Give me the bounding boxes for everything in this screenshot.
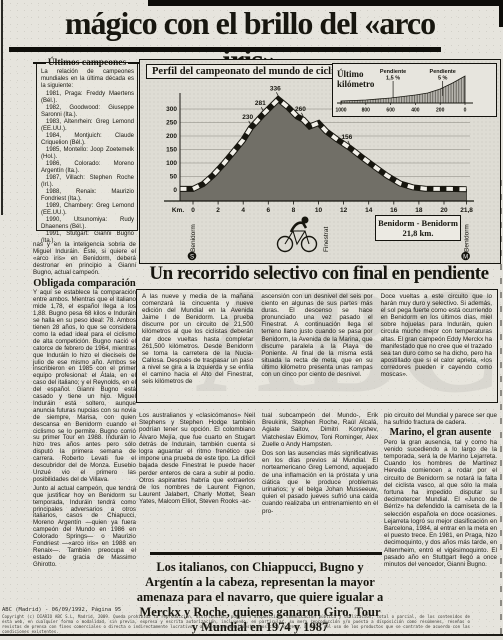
svg-text:400: 400 [411, 108, 420, 114]
newspaper-page: ABC mágico con el brillo del «arco iris»… [0, 0, 503, 640]
svg-text:4: 4 [241, 207, 245, 214]
svg-text:230: 230 [242, 114, 253, 121]
title-rule-left [33, 62, 46, 64]
copyright-notice: Copyright (c) DIARIO ABC S.L, Madrid, 20… [2, 615, 470, 635]
last-km-title: Último kilómetro [337, 69, 395, 89]
left-column: nas y en la inteligencia sobria de Migue… [33, 242, 136, 571]
svg-text:0: 0 [191, 207, 195, 214]
svg-text:20: 20 [440, 207, 448, 214]
champion-entry: 1987, Villach: Stephen Roche (Irl.). [41, 175, 134, 189]
svg-text:200: 200 [436, 108, 445, 114]
svg-text:2: 2 [216, 207, 220, 214]
champion-entry: 1986, Colorado: Moreno Argentín (Ita.). [41, 161, 134, 175]
svg-text:336: 336 [270, 85, 281, 92]
boxed-col-2: ascensión con un desnivel del seis por c… [261, 293, 372, 399]
route-label: Benidorm - Benidorm [376, 218, 460, 228]
champions-title-row: Últimos campeones [33, 58, 141, 68]
svg-text:16: 16 [390, 207, 398, 214]
svg-text:21,8: 21,8 [460, 207, 473, 214]
column3-marino-text: Pero la gran ausencia, tal y como ha ven… [384, 439, 497, 569]
champion-entry: 1988, Renaix: Maurizio Fondriest (Ita.). [41, 189, 134, 203]
svg-text:6: 6 [266, 207, 270, 214]
headline-rule [9, 47, 441, 52]
chart-title: Perfil del campeonato del mundo de cicli… [146, 64, 358, 79]
left-edge-rule [1, 0, 3, 215]
champion-entry: 1989, Chambery: Greg Lemond (EE.UU.). [41, 203, 134, 217]
svg-text:0: 0 [464, 108, 467, 114]
svg-text:1000: 1000 [335, 108, 346, 114]
svg-text:100: 100 [166, 160, 177, 167]
last-champions-box: Últimos campeones La relación de campeon… [36, 62, 138, 231]
body-column-2: tual subcampeón del Mundo-, Erik Breukin… [262, 412, 378, 517]
champions-body: La relación de campeones mundiales en la… [37, 63, 137, 247]
left-column-para2: Junto al actual campeón, que tendrá que … [33, 486, 136, 569]
svg-text:200: 200 [166, 133, 177, 140]
boxed-col-1: A las nueve y media de la mañana comenza… [142, 293, 253, 399]
bottom-rule [0, 634, 503, 636]
svg-text:8: 8 [292, 207, 296, 214]
champion-entry: 1982, Goodwood: Giuseppe Saronni (Ita.). [41, 105, 134, 119]
svg-text:10: 10 [315, 207, 323, 214]
svg-text:600: 600 [386, 108, 395, 114]
svg-text:Pendiente: Pendiente [430, 69, 456, 75]
svg-text:300: 300 [166, 106, 177, 113]
cyclist-illustration [278, 217, 317, 251]
svg-text:14: 14 [365, 207, 373, 214]
svg-text:5 %: 5 % [438, 76, 448, 82]
left-column-para1: Y aquí se establece la comparación entre… [33, 290, 136, 483]
course-profile-chart: 5010015020025030002302813362601560246810… [139, 59, 501, 264]
intro-boxed-section: A las nueve y media de la mañana comenza… [136, 289, 498, 403]
column1-text: Los australianos y «clasicómanos» Neil S… [139, 412, 255, 506]
champions-intro: La relación de campeones mundiales en la… [41, 69, 134, 90]
svg-text:S: S [190, 254, 194, 260]
route-distance: 21,8 km. [376, 228, 460, 238]
svg-text:156: 156 [341, 134, 352, 141]
pull-quote-rule [150, 552, 382, 555]
champions-list: 1981, Praga: Freddy Maertens (Bél.).1982… [41, 91, 134, 245]
svg-text:50: 50 [170, 174, 178, 181]
route-label-box: Benidorm - Benidorm 21,8 km. [375, 215, 461, 241]
svg-text:Benidorm: Benidorm [190, 224, 197, 252]
svg-text:281: 281 [255, 100, 266, 107]
left-column-continuation: nas y en la inteligencia sobria de Migue… [33, 242, 136, 277]
svg-text:250: 250 [166, 120, 177, 127]
body-column-1: Los australianos y «clasicómanos» Neil S… [139, 412, 255, 508]
champion-entry: 1984, Montjuich: Claude Criquelion (Bél.… [41, 133, 134, 147]
article-headline: Un recorrido selectivo con final en pend… [139, 263, 499, 285]
svg-text:Finestrat: Finestrat [323, 227, 330, 252]
column2-text-a: tual subcampeón del Mundo-, Erik Breukin… [262, 412, 378, 448]
column3-text-a: pio circuito del Mundial y parece ser qu… [384, 412, 497, 426]
last-km-inset: 10008006004002000Pendiente1,5 %Pendiente… [332, 63, 497, 117]
champion-entry: 1990, Utsunomiya: Rudy Dhaenens (Bél.). [41, 217, 134, 231]
archive-reference: ABC (Madrid) - 06/09/1992, Página 95 [2, 607, 121, 613]
svg-text:Km.: Km. [172, 207, 184, 214]
column2-text-b: Dos son las ausencias más significativas… [262, 450, 378, 515]
champions-title: Últimos campeones [48, 58, 126, 68]
champion-entry: 1983, Altenrhein: Greg Lemond (EE.UU.). [41, 119, 134, 133]
svg-text:150: 150 [166, 147, 177, 154]
svg-text:260: 260 [295, 106, 306, 113]
right-edge-mark [499, 0, 503, 27]
svg-text:Benidorm: Benidorm [464, 224, 471, 252]
body-column-3: pio circuito del Mundial y parece ser qu… [384, 412, 497, 570]
svg-text:12: 12 [340, 207, 348, 214]
svg-text:M: M [463, 254, 468, 260]
svg-text:0: 0 [173, 187, 177, 194]
subhead-obligada-comparacion: Obligada comparación [33, 281, 136, 288]
champion-entry: 1985, Montello: Joop Zoetemelk (Hol.). [41, 147, 134, 161]
svg-text:18: 18 [415, 207, 423, 214]
subhead-marino: Marino, el gran ausente [384, 429, 497, 436]
boxed-col-3: Doce vueltas a este circuito que lo hará… [381, 293, 492, 399]
svg-text:800: 800 [362, 108, 371, 114]
champion-entry: 1981, Praga: Freddy Maertens (Bél.). [41, 91, 134, 105]
